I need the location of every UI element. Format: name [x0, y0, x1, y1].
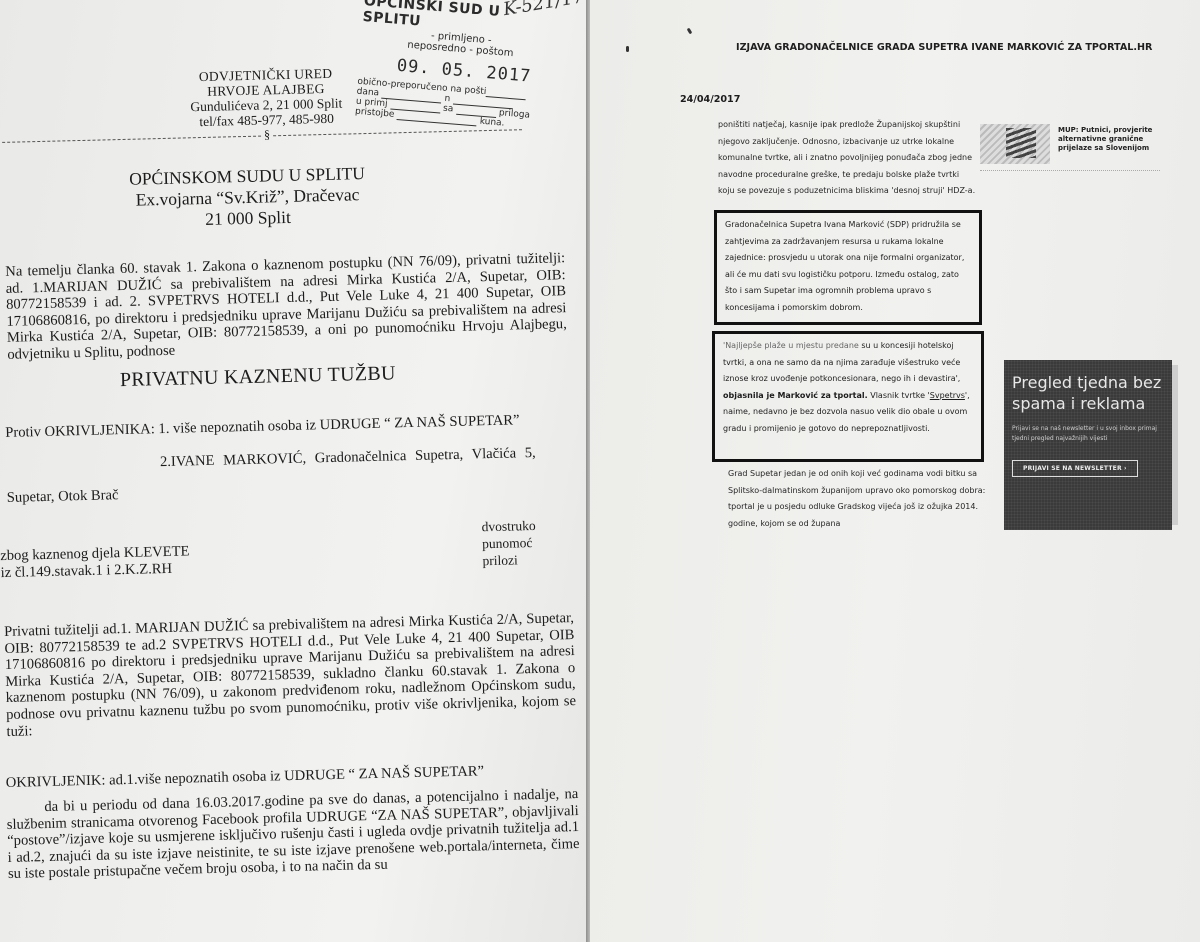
ink-smudge	[626, 46, 629, 52]
newsletter-promo: Pregled tjedna bez spama i reklama Prija…	[1004, 360, 1172, 530]
court-address: OPĆINSKOM SUDU U SPLITU Ex.vojarna “Sv.K…	[97, 162, 398, 232]
law-office-letterhead: ODVJETNIČKI URED HRVOJE ALAJBEG Gundulić…	[180, 65, 351, 129]
related-article[interactable]: MUP: Putnici, provjerite alternativne gr…	[976, 118, 1168, 178]
newsletter-description: Prijavi se na naš newsletter i u svoj in…	[1012, 424, 1164, 444]
article-paragraph-1: poništiti natječaj, kasnije ipak predlož…	[718, 117, 978, 200]
document-heading: PRIVATNU KAZNENU TUŽBU	[120, 362, 396, 392]
statement-date: 24/04/2017	[680, 94, 740, 105]
related-article-headline[interactable]: MUP: Putnici, provjerite alternativne gr…	[1058, 126, 1168, 153]
section-symbol: §	[262, 127, 272, 142]
article-paragraph-2: Grad Supetar jedan je od onih koji već g…	[728, 466, 988, 532]
accused-heading: OKRIVLJENIK: ad.1.više nepoznatih osoba …	[6, 763, 485, 792]
ink-smudge	[687, 28, 693, 35]
accused-line-2: 2.IVANE MARKOVIĆ, Gradonačelnica Supetra…	[160, 445, 536, 471]
third-paragraph: da bi u periodu od dana 16.03.2017.godin…	[6, 786, 580, 883]
crowd-photo-thumbnail	[980, 124, 1050, 164]
left-document-page: K-521/17 OPĆINSKI SUD U SPLITU - primlje…	[0, 0, 588, 942]
second-paragraph: Privatni tužitelji ad.1. MARIJAN DUŽIĆ s…	[4, 610, 577, 740]
highlighted-quote-1: Gradonačelnica Supetra Ivana Marković (S…	[714, 210, 982, 325]
company-link[interactable]: Svpetrvs	[930, 391, 965, 400]
court-receipt-stamp: OPĆINSKI SUD U SPLITU - primljeno - nepo…	[355, 0, 564, 133]
highlighted-quote-2: 'Najljepše plaže u mjestu predane su u k…	[712, 331, 984, 462]
related-divider	[980, 170, 1160, 171]
statement-title: IZJAVA GRADONAČELNICE GRADA SUPETRA IVAN…	[736, 42, 1152, 53]
attachments-list: dvostruko punomoć prilozi	[481, 517, 536, 569]
accused-address: Supetar, Otok Brač	[7, 487, 119, 507]
letterhead-divider: §	[2, 129, 522, 143]
right-printout-page: IZJAVA GRADONAČELNICE GRADA SUPETRA IVAN…	[590, 0, 1200, 942]
accused-line-1: Protiv OKRIVLJENIKA: 1. više nepoznatih …	[5, 412, 520, 442]
newsletter-headline: Pregled tjedna bez spama i reklama	[1012, 372, 1164, 414]
newsletter-signup-button[interactable]: PRIJAVI SE NA NEWSLETTER ›	[1012, 460, 1138, 477]
offence-description: zbog kaznenog djela KLEVETE iz čl.149.st…	[0, 543, 190, 582]
promo-edge-shadow	[1172, 365, 1178, 525]
intro-paragraph: Na temelju članka 60. stavak 1. Zakona o…	[5, 250, 567, 363]
